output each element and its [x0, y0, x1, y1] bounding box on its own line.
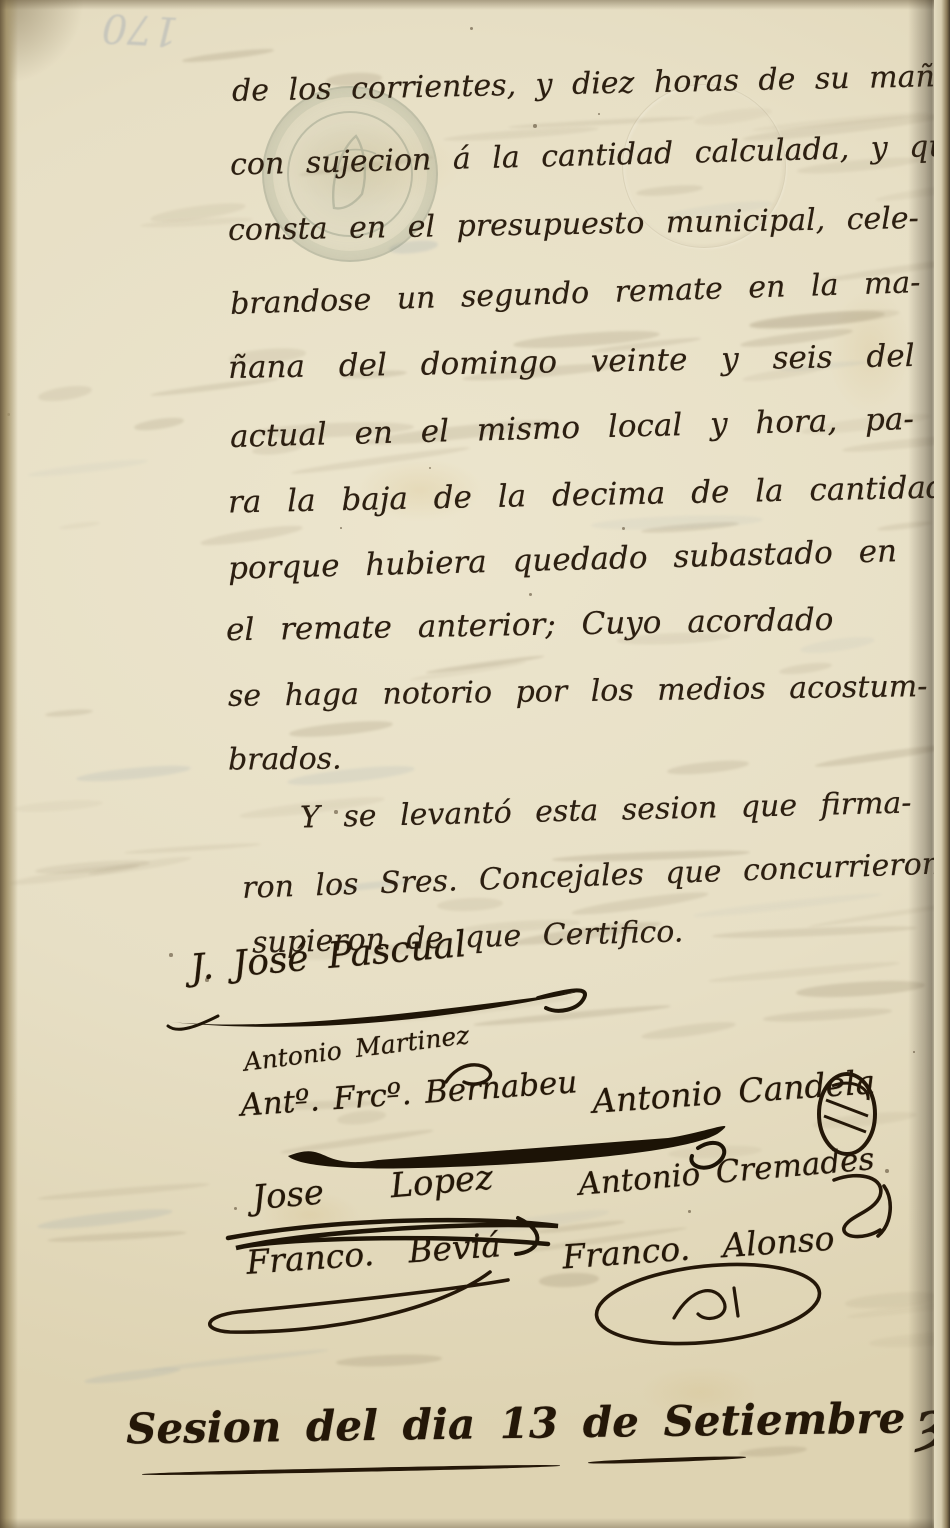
body-line: porque hubiera quedado subastado en: [228, 533, 898, 587]
faint-folio-number: 170: [101, 4, 180, 54]
body-line: Y se levantó esta sesion que firma-: [300, 786, 912, 836]
body-line: ra la baja de la decima de la cantidad: [228, 469, 946, 520]
body-line: consta en el presupuesto municipal, cele…: [228, 201, 919, 248]
session-heading: Sesion del dia 13 de SetiembreȝEn la vil…: [126, 1377, 950, 1458]
manuscript-page: 170 de los corrientes, y diez horas de s…: [0, 0, 950, 1528]
alonso-rubric: [588, 1258, 828, 1350]
session-heading-prefix: Sesion del dia 13 de: [126, 1397, 664, 1453]
body-line: de los corrientes, y diez horas de su ma…: [232, 58, 950, 109]
heading-underline-month: [588, 1455, 746, 1465]
session-heading-month: Setiembre: [663, 1394, 905, 1446]
page-bottom-edge: [0, 1518, 950, 1528]
body-line: con sujecion á la cantidad calculada, y …: [230, 128, 950, 182]
page-right-edge: [934, 0, 950, 1528]
body-line: se haga notorio por los medios acostum-: [228, 669, 928, 714]
secretary-rubric-flourish: [158, 976, 598, 1036]
body-line: ron los Sres. Concejales que concurriero…: [242, 845, 950, 906]
body-line: brados.: [228, 742, 342, 778]
body-line: brandose un segundo remate en la ma-: [230, 265, 921, 322]
heading-underline-left: [142, 1464, 560, 1477]
body-line: actual en el mismo local y hora, pa-: [230, 401, 915, 455]
page-left-edge: [0, 0, 18, 1528]
session-heading-mark: ȝ: [915, 1388, 950, 1454]
bevia-rubric-flourish: [190, 1262, 520, 1346]
body-line: el remate anterior; Cuyo acordado: [226, 602, 834, 649]
body-line: ñana del domingo veinte y seis del: [228, 338, 915, 386]
